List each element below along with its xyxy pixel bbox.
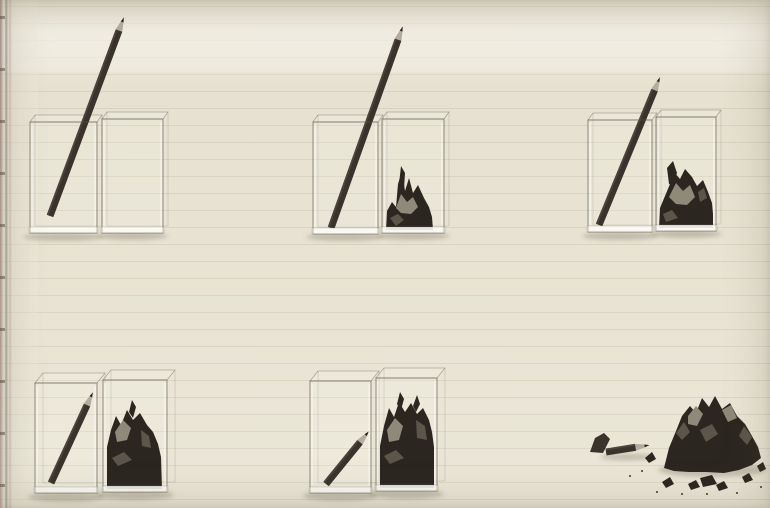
stage-6-pencil bbox=[605, 442, 650, 456]
stage-6 bbox=[590, 396, 766, 495]
pencil-sequence-scene bbox=[0, 0, 770, 508]
stage-6-shavings bbox=[590, 396, 766, 495]
stage-3 bbox=[582, 76, 722, 240]
stage-1-right-box bbox=[102, 112, 168, 233]
stage-2 bbox=[306, 25, 450, 241]
stage-5 bbox=[303, 368, 445, 501]
stage-1 bbox=[23, 16, 168, 241]
artwork-photo bbox=[0, 0, 770, 508]
stage-4 bbox=[28, 370, 175, 502]
